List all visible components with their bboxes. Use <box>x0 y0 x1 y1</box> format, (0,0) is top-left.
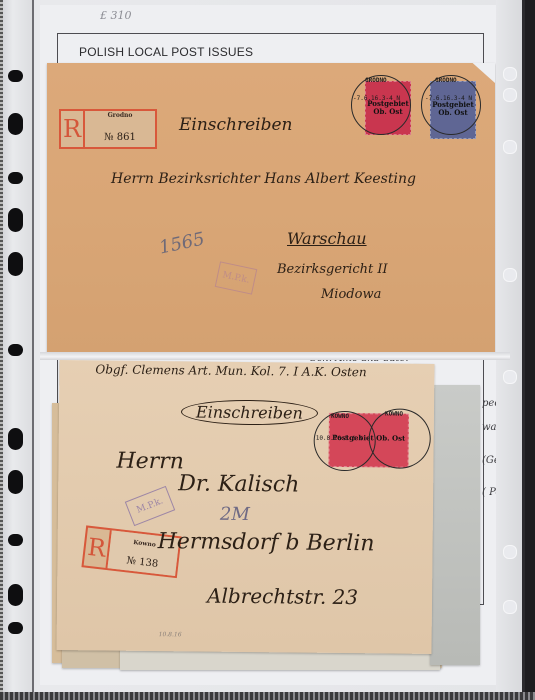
sleeve-hole <box>503 140 517 154</box>
handwritten-street: Albrechtstr. 23 <box>207 584 358 610</box>
postmark-town: GRODNO <box>435 77 457 84</box>
sleeve-bottom-edge <box>0 692 535 700</box>
sleeve-hole <box>503 88 517 102</box>
punch-hole <box>8 534 23 546</box>
punch-hole <box>8 470 23 494</box>
registration-label: R Grodno № 861 <box>59 109 157 149</box>
punch-hole <box>8 113 23 135</box>
mpk-box-stamp: M.P.k. <box>215 261 258 294</box>
handwritten-addressee: Herrn Bezirksrichter Hans Albert Keestin… <box>111 171 416 187</box>
postmark-town: KOWNO <box>331 413 349 420</box>
page-title: POLISH LOCAL POST ISSUES <box>79 45 253 59</box>
pencil-note: 2M <box>220 504 250 525</box>
postmark-town: KOWNO <box>385 410 403 417</box>
handwritten-address-line: Bezirksgericht II <box>277 262 388 277</box>
punch-hole <box>8 172 23 184</box>
registration-letter: R <box>61 111 85 147</box>
handwritten-addressee: Dr. Kalisch <box>178 471 299 497</box>
handwritten-instruction: Einschreiben <box>181 399 318 425</box>
sleeve-hole <box>503 600 517 614</box>
registration-town: Grodno <box>85 112 155 119</box>
pencil-date-note: 10.8.16 <box>159 631 182 638</box>
cover-grodno: R Grodno № 861 Postgebiet Ob. Ost Postge… <box>47 63 495 353</box>
handwritten-street: Miodowa <box>321 287 381 302</box>
registration-number: № 138 <box>108 553 177 572</box>
sleeve-divider <box>40 352 510 360</box>
sleeve-hole <box>503 268 517 282</box>
postmark-circle <box>351 75 411 135</box>
price-note: £ 310 <box>100 9 132 22</box>
postmark-town: GRODNO <box>365 77 387 84</box>
punch-hole <box>8 584 23 606</box>
punch-hole <box>8 208 23 232</box>
registration-number: № 861 <box>85 132 155 143</box>
sleeve-right-edge <box>496 0 525 692</box>
punch-hole <box>8 622 23 634</box>
handwritten-instruction: Einschreiben <box>179 115 293 135</box>
mpk-box-stamp: M.P.k. <box>125 486 175 526</box>
sleeve-hole <box>503 370 517 384</box>
punch-hole <box>8 252 23 276</box>
underlying-cover <box>430 385 480 665</box>
punch-hole <box>8 344 23 356</box>
punch-hole <box>8 70 23 82</box>
cover-kowno: R Kowno № 138 Postgebiet Ob. Ost KOWNO K… <box>56 360 434 654</box>
postmark-date: -7.6.16.3-4 N <box>353 95 400 102</box>
postmark-date: 10.8.16.5-6 N <box>316 435 363 442</box>
sleeve-hole <box>503 67 517 81</box>
handwritten-city: Warschau <box>287 229 367 248</box>
handwritten-sender: Obgf. Clemens Art. Mun. Kol. 7. I A.K. O… <box>95 362 366 379</box>
torn-corner <box>467 63 495 83</box>
sleeve-hole <box>503 545 517 559</box>
pencil-note: 1565 <box>157 228 206 258</box>
postmark-date: -7.6.16.3-4 N <box>425 95 472 102</box>
punch-hole <box>8 428 23 450</box>
handwritten-city: Hermsdorf b Berlin <box>158 529 375 556</box>
handwritten-salutation: Herrn <box>116 449 184 475</box>
postmark-circle <box>421 75 481 135</box>
